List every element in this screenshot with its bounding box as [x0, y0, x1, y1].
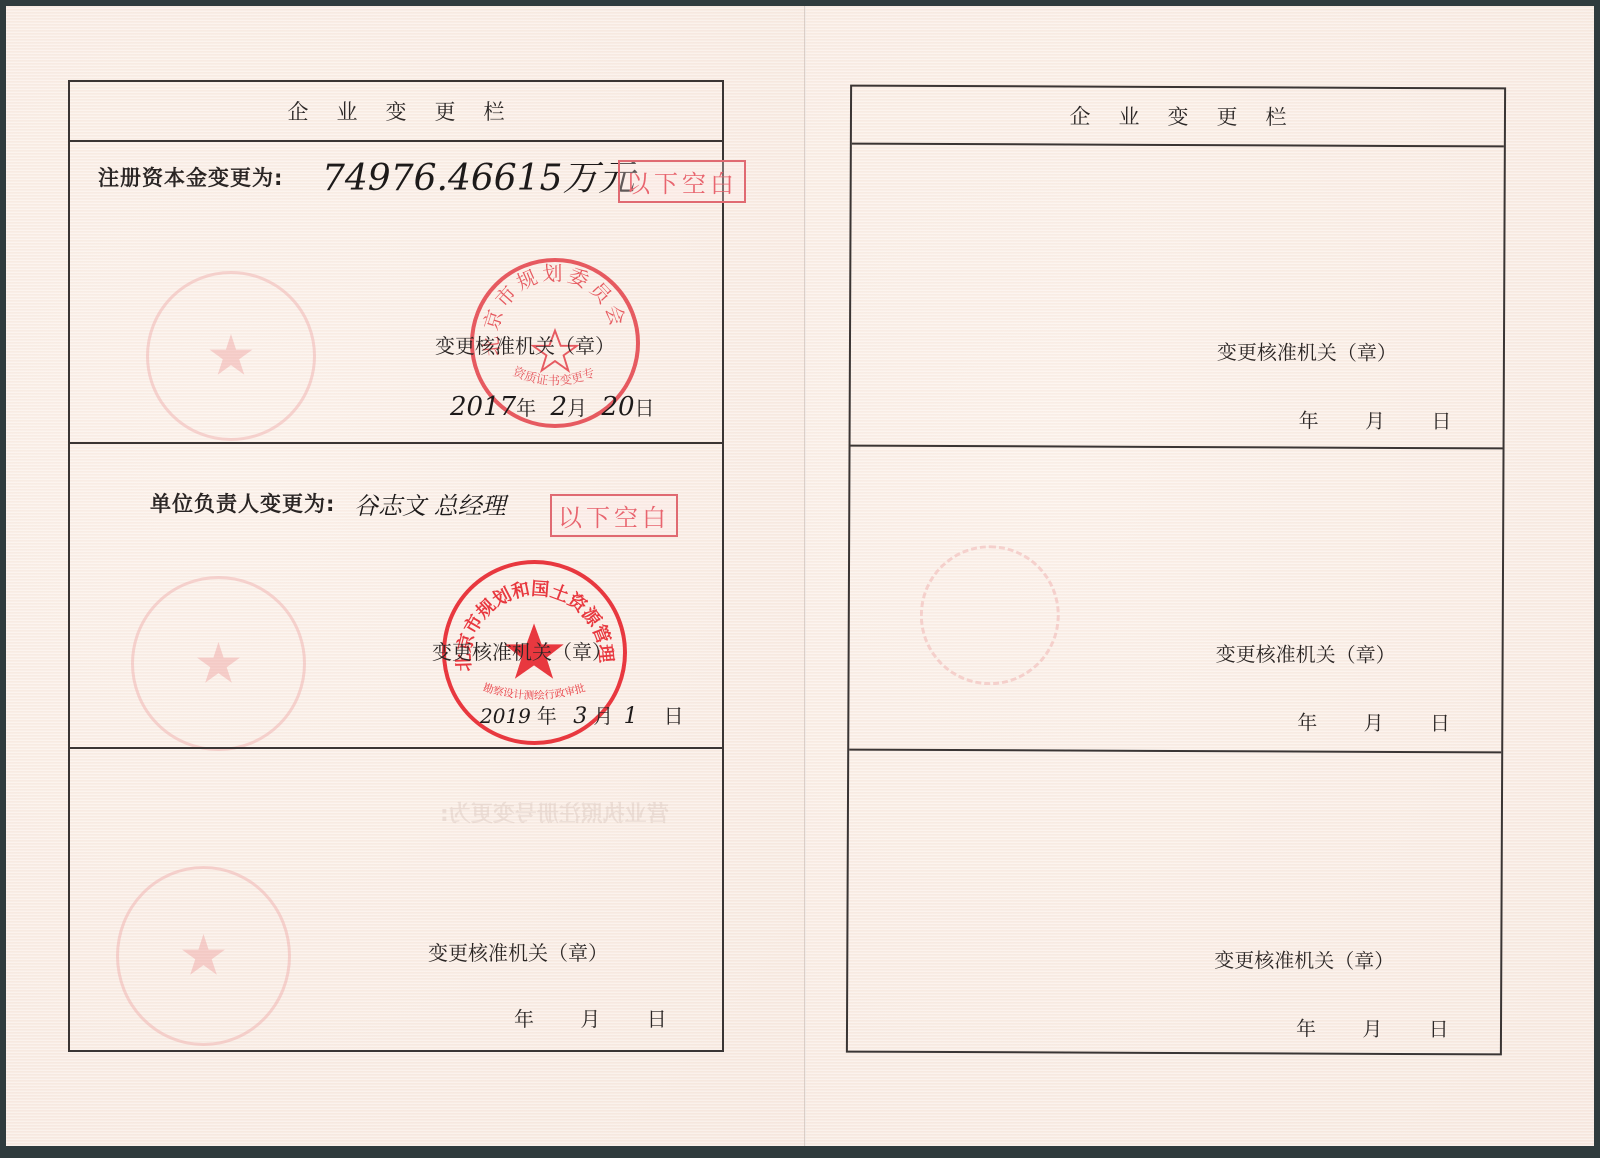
right-date-3-year-unit: 年 [1296, 1017, 1316, 1041]
capital-change-value: 74976.46615万元 [322, 150, 635, 201]
change-date-3: 年 月 日 [514, 1003, 667, 1032]
date-1-year: 2017 [450, 392, 516, 422]
date-2-month-unit: 月 [593, 704, 613, 728]
right-table-header: 企业变更栏 [852, 87, 1504, 148]
change-date-1: 2017年 2月 20日 [450, 392, 655, 422]
right-date-1-month-unit: 月 [1365, 409, 1385, 433]
date-1-day: 20 [601, 392, 634, 422]
date-1-month: 2 [551, 392, 568, 422]
legal-rep-change-label: 单位负责人变更为: [150, 488, 335, 518]
right-approver-label-2: 变更核准机关（章） [1216, 638, 1396, 668]
date-3-year-unit: 年 [514, 1007, 534, 1031]
approver-label-1: 变更核准机关（章） [435, 330, 615, 359]
date-2-year: 2019 [480, 704, 531, 728]
date-3-day-unit: 日 [647, 1007, 667, 1031]
right-date-1-day-unit: 日 [1431, 409, 1451, 433]
book-spine [804, 6, 806, 1146]
ghost-seal-right [919, 545, 1060, 686]
date-2-year-unit: 年 [537, 704, 557, 728]
approver-label-3: 变更核准机关（章） [428, 937, 608, 966]
date-1-year-unit: 年 [516, 396, 536, 420]
right-date-2-year-unit: 年 [1297, 711, 1317, 735]
date-2-day-unit: 日 [664, 704, 684, 728]
capital-change-label: 注册资本金变更为: [98, 162, 283, 192]
left-section-1: 注册资本金变更为: 74976.46615万元 以下空白 北京市规划委员会 资质… [70, 140, 722, 444]
date-1-day-unit: 日 [635, 396, 655, 420]
legal-rep-change-value: 谷志文 总经理 [354, 486, 506, 521]
ghost-text-reverse: 营业执照注册号变更为: [440, 797, 669, 828]
date-3-month-unit: 月 [580, 1007, 600, 1031]
right-change-date-1: 年 月 日 [1299, 405, 1452, 435]
left-table-header: 企业变更栏 [70, 82, 722, 142]
approver-label-2: 变更核准机关（章） [432, 636, 612, 665]
blank-below-stamp-1: 以下空白 [618, 160, 746, 203]
right-table-title: 企业变更栏 [1041, 100, 1314, 131]
right-approver-label-3: 变更核准机关（章） [1214, 944, 1394, 974]
right-date-3-day-unit: 日 [1429, 1017, 1449, 1041]
right-approver-label-1: 变更核准机关（章） [1217, 336, 1397, 366]
date-1-month-unit: 月 [567, 396, 587, 420]
right-change-date-2: 年 月 日 [1297, 707, 1450, 737]
left-table-title: 企业变更栏 [260, 96, 533, 126]
right-date-3-month-unit: 月 [1362, 1017, 1382, 1041]
left-section-2: 单位负责人变更为: 谷志文 总经理 以下空白 北京市规划和国土资源管理委员会 勘… [70, 442, 722, 749]
right-date-2-day-unit: 日 [1430, 711, 1450, 735]
right-date-1-year-unit: 年 [1299, 409, 1319, 433]
right-section-3: 变更核准机关（章） 年 月 日 [848, 749, 1501, 1054]
date-2-month: 3 [573, 704, 587, 729]
blank-below-stamp-2: 以下空白 [550, 494, 678, 537]
change-date-2: 2019年 3月 1日 [480, 700, 684, 729]
date-2-day: 1 [624, 704, 638, 729]
right-change-table: 企业变更栏 变更核准机关（章） 年 月 日 变更核准机关（章） 年 月 日 变更… [846, 85, 1506, 1056]
left-section-3: 营业执照注册号变更为: 变更核准机关（章） 年 月 日 [70, 747, 722, 1050]
left-change-table: 企业变更栏 注册资本金变更为: 74976.46615万元 以下空白 北京市规划… [68, 80, 724, 1052]
right-date-2-month-unit: 月 [1364, 711, 1384, 735]
right-change-date-3: 年 月 日 [1296, 1013, 1449, 1043]
right-section-1: 变更核准机关（章） 年 月 日 [851, 143, 1504, 450]
right-section-2: 变更核准机关（章） 年 月 日 [849, 445, 1502, 754]
